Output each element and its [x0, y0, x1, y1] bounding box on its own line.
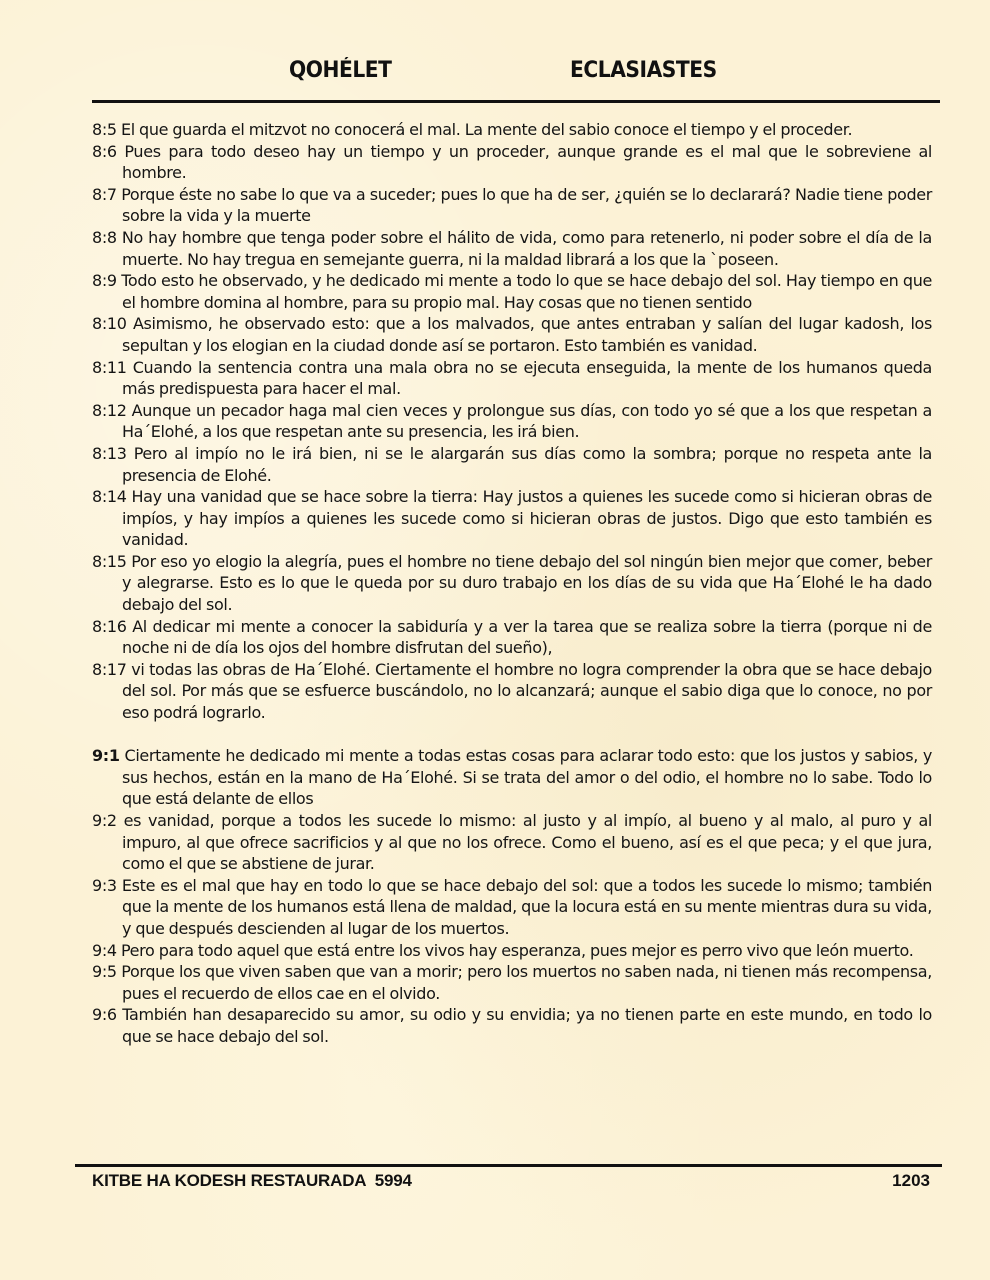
verse-ref: 8:13: [92, 444, 127, 463]
verse-ref: 9:2: [92, 811, 117, 830]
chapter-spacer: [92, 724, 932, 746]
verse-text: El que guarda el mitzvot no conocerá el …: [121, 120, 852, 139]
verse-ref: 9:3: [92, 876, 117, 895]
verse-text: Aunque un pecador haga mal cien veces y …: [122, 401, 932, 442]
verse-text: Porque éste no sabe lo que va a suceder;…: [121, 185, 932, 226]
verse-text: Porque los que viven saben que van a mor…: [121, 962, 932, 1003]
verse-ref: 8:14: [92, 487, 127, 506]
verse-ref: 8:11: [92, 358, 127, 377]
verse-ref: 8:12: [92, 401, 127, 420]
verse-8-7: 8:7 Porque éste no sabe lo que va a suce…: [92, 184, 932, 227]
verse-text: Asimismo, he observado esto: que a los m…: [122, 314, 932, 355]
verse-9-3: 9:3 Este es el mal que hay en todo lo qu…: [92, 875, 932, 940]
chapter-verse-ref: 9:1: [92, 746, 120, 765]
verse-8-13: 8:13 Pero al impío no le irá bien, ni se…: [92, 443, 932, 486]
verse-8-12: 8:12 Aunque un pecador haga mal cien vec…: [92, 400, 932, 443]
verse-ref: 9:5: [92, 962, 117, 981]
footer-divider: [75, 1164, 942, 1167]
header-divider: [92, 100, 940, 103]
verse-ref: 8:5: [92, 120, 117, 139]
verse-9-2: 9:2 es vanidad, porque a todos les suced…: [92, 810, 932, 875]
verse-text: Cuando la sentencia contra una mala obra…: [122, 358, 932, 399]
verse-8-9: 8:9 Todo esto he observado, y he dedicad…: [92, 270, 932, 313]
header-spanish-title: ECLASIASTES: [570, 58, 717, 83]
verse-8-10: 8:10 Asimismo, he observado esto: que a …: [92, 313, 932, 356]
verse-ref: 9:6: [92, 1005, 117, 1024]
verse-8-14: 8:14 Hay una vanidad que se hace sobre l…: [92, 486, 932, 551]
verse-8-17: 8:17 vi todas las obras de Ha´Elohé. Cie…: [92, 659, 932, 724]
verse-8-16: 8:16 Al dedicar mi mente a conocer la sa…: [92, 616, 932, 659]
page-number: 1203: [892, 1171, 930, 1191]
verse-ref: 8:16: [92, 617, 127, 636]
verse-ref: 8:7: [92, 185, 117, 204]
verse-text: Todo esto he observado, y he dedicado mi…: [121, 271, 932, 312]
verse-text: es vanidad, porque a todos les sucede lo…: [122, 811, 932, 873]
verse-ref: 8:17: [92, 660, 127, 679]
verse-ref: 8:10: [92, 314, 127, 333]
verse-text: También han desaparecido su amor, su odi…: [122, 1005, 932, 1046]
verse-text: No hay hombre que tenga poder sobre el h…: [122, 228, 932, 269]
verse-text: Ciertamente he dedicado mi mente a todas…: [122, 746, 932, 808]
verse-text: Pues para todo deseo hay un tiempo y un …: [122, 142, 932, 183]
scripture-body: 8:5 El que guarda el mitzvot no conocerá…: [92, 119, 932, 1048]
verse-9-4: 9:4 Pero para todo aquel que está entre …: [92, 940, 932, 962]
verse-text: Al dedicar mi mente a conocer la sabidur…: [122, 617, 932, 658]
verse-text: Pero para todo aquel que está entre los …: [121, 941, 914, 960]
verse-8-8: 8:8 No hay hombre que tenga poder sobre …: [92, 227, 932, 270]
verse-ref: 8:6: [92, 142, 117, 161]
verse-ref: 8:15: [92, 552, 127, 571]
verse-9-1: 9:1 Ciertamente he dedicado mi mente a t…: [92, 745, 932, 810]
verse-text: Este es el mal que hay en todo lo que se…: [122, 876, 932, 938]
verse-text: vi todas las obras de Ha´Elohé. Ciertame…: [122, 660, 932, 722]
verse-8-6: 8:6 Pues para todo deseo hay un tiempo y…: [92, 141, 932, 184]
verse-text: Por eso yo elogio la alegría, pues el ho…: [122, 552, 932, 614]
footer-book-title: KITBE HA KODESH RESTAURADA 5994: [92, 1171, 412, 1191]
verse-ref: 8:8: [92, 228, 117, 247]
verse-text: Hay una vanidad que se hace sobre la tie…: [122, 487, 932, 549]
verse-text: Pero al impío no le irá bien, ni se le a…: [122, 444, 932, 485]
verse-8-15: 8:15 Por eso yo elogio la alegría, pues …: [92, 551, 932, 616]
verse-8-5: 8:5 El que guarda el mitzvot no conocerá…: [92, 119, 932, 141]
verse-9-6: 9:6 También han desaparecido su amor, su…: [92, 1004, 932, 1047]
verse-9-5: 9:5 Porque los que viven saben que van a…: [92, 961, 932, 1004]
verse-8-11: 8:11 Cuando la sentencia contra una mala…: [92, 357, 932, 400]
verse-ref: 9:4: [92, 941, 117, 960]
verse-ref: 8:9: [92, 271, 117, 290]
page-header: QOHÉLET ECLASIASTES: [0, 58, 990, 90]
header-hebrew-title: QOHÉLET: [289, 58, 391, 83]
